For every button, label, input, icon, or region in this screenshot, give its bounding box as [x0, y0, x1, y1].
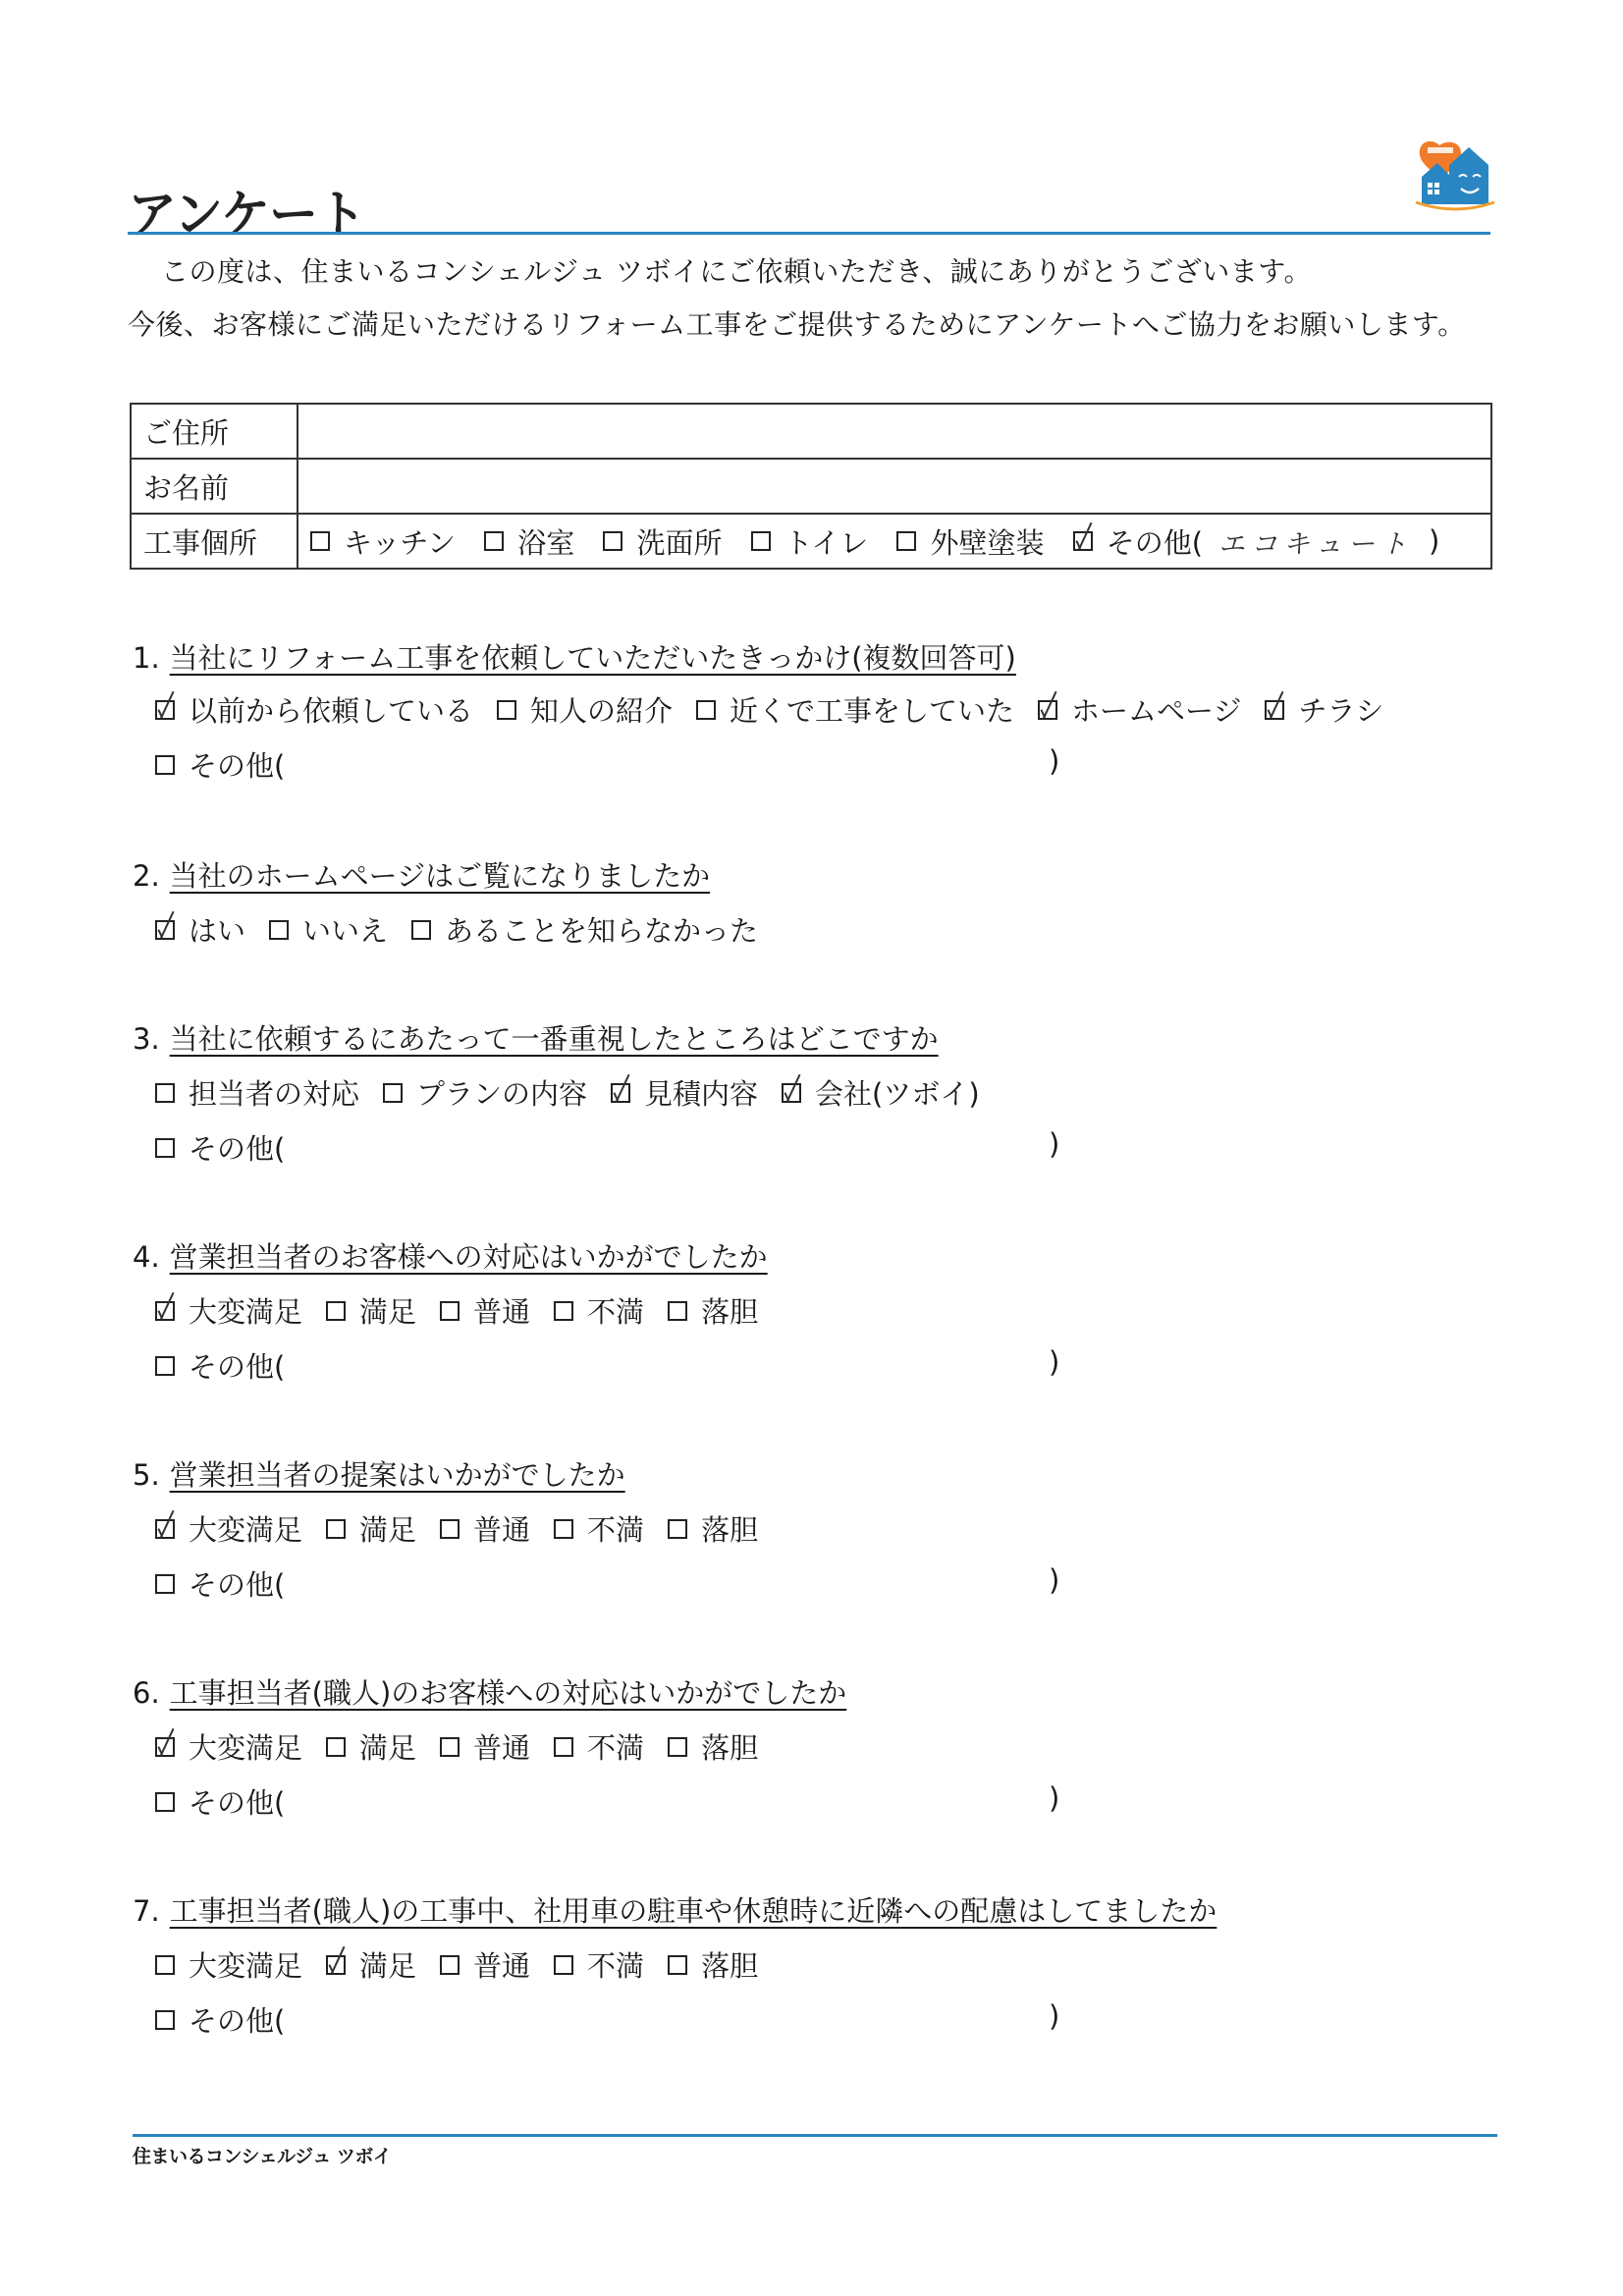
checkbox-checked[interactable] [1073, 531, 1093, 551]
checkbox[interactable] [484, 531, 504, 551]
q5-option-satisfied[interactable]: 満足 [326, 1508, 416, 1549]
option-label: 大変満足 [189, 1508, 302, 1549]
checkbox-checked[interactable] [155, 920, 175, 940]
checkbox[interactable] [440, 1737, 460, 1757]
checkbox[interactable] [326, 1519, 346, 1539]
work-option-toilet[interactable]: トイレ [751, 521, 869, 562]
question-7: 7.工事担当者(職人)の工事中、社用車の駐車や休憩時に近隣への配慮はしてましたか [133, 1889, 1217, 1930]
address-row: ご住所 [131, 404, 1491, 459]
q3-other-paren-close: ) [1049, 1127, 1059, 1161]
option-label: 以前から依頼している [189, 689, 473, 730]
question-number: 1. [133, 641, 160, 675]
option-label: あることを知らなかった [445, 909, 758, 950]
question-number: 2. [133, 859, 160, 893]
q7-option-satisfied[interactable]: 満足 [326, 1944, 416, 1985]
question-text: 当社にリフォーム工事を依頼していただいたきっかけ(複数回答可) [170, 641, 1016, 675]
q7-option-dissatisfied[interactable]: 不満 [554, 1944, 644, 1985]
question-4-options: 大変満足 満足 普通 不満 落胆 [155, 1290, 782, 1331]
question-1: 1.当社にリフォーム工事を依頼していただいたきっかけ(複数回答可) [133, 636, 1016, 677]
work-option-washroom[interactable]: 洗面所 [603, 521, 722, 562]
checkbox-checked[interactable] [326, 1955, 346, 1975]
q5-option-neutral[interactable]: 普通 [440, 1508, 530, 1549]
question-5-other: その他( [155, 1563, 308, 1604]
option-label: その他( [189, 1127, 285, 1168]
q7-option-neutral[interactable]: 普通 [440, 1944, 530, 1985]
option-label: 近くで工事をしていた [730, 689, 1014, 730]
q3-option-estimate[interactable]: 見積内容 [611, 1072, 758, 1113]
question-6-options: 大変満足 満足 普通 不満 落胆 [155, 1726, 782, 1767]
option-label: 担当者の対応 [189, 1072, 359, 1113]
question-text: 当社のホームページはご覧になりましたか [170, 859, 710, 893]
q2-option-yes[interactable]: はい [155, 909, 245, 950]
checkbox[interactable] [751, 531, 771, 551]
question-number: 7. [133, 1894, 160, 1928]
q2-option-no[interactable]: いいえ [269, 909, 388, 950]
checkbox[interactable] [155, 1792, 175, 1812]
q4-option-other[interactable]: その他( [155, 1345, 285, 1386]
question-3-options: 担当者の対応 プランの内容 見積内容 会社(ツボイ) [155, 1072, 1003, 1113]
option-label: トイレ [784, 521, 869, 562]
work-option-bath[interactable]: 浴室 [484, 521, 574, 562]
option-label: 落胆 [701, 1290, 758, 1331]
question-number: 4. [133, 1240, 160, 1274]
checkbox-checked[interactable] [155, 1519, 175, 1539]
q1-option-previous[interactable]: 以前から依頼している [155, 689, 473, 730]
checkbox[interactable] [155, 1138, 175, 1158]
checkbox-checked[interactable] [155, 1737, 175, 1757]
option-label: その他( [189, 1345, 285, 1386]
checkbox[interactable] [326, 1737, 346, 1757]
checkbox[interactable] [497, 700, 516, 720]
q1-option-homepage[interactable]: ホームページ [1038, 689, 1241, 730]
q4-option-dissatisfied[interactable]: 不満 [554, 1290, 644, 1331]
q6-option-other[interactable]: その他( [155, 1781, 285, 1822]
question-6: 6.工事担当者(職人)のお客様への対応はいかがでしたか [133, 1671, 846, 1712]
survey-page: アンケート この度は、住まいるコンシェルジュ ツボイにご依頼いただき、誠にありが… [0, 0, 1623, 2296]
option-label: ホームページ [1071, 689, 1241, 730]
checkbox[interactable] [440, 1519, 460, 1539]
question-text: 工事担当者(職人)のお客様への対応はいかがでしたか [170, 1676, 847, 1710]
question-number: 3. [133, 1022, 160, 1056]
address-field[interactable] [298, 404, 1491, 459]
q4-option-satisfied[interactable]: 満足 [326, 1290, 416, 1331]
checkbox[interactable] [155, 1574, 175, 1594]
option-label: その他( [189, 1781, 285, 1822]
question-3-other: その他( [155, 1127, 308, 1168]
checkbox[interactable] [440, 1955, 460, 1975]
q1-option-referral[interactable]: 知人の紹介 [497, 689, 673, 730]
question-6-other: その他( [155, 1781, 308, 1822]
q3-option-company[interactable]: 会社(ツボイ) [782, 1072, 980, 1113]
option-label: その他( [189, 1999, 285, 2040]
customer-info-table: ご住所 お名前 工事個所 キッチン 浴室 洗面所 トイレ 外壁塗装 その他(エコ… [130, 403, 1492, 570]
checkbox[interactable] [603, 531, 622, 551]
question-number: 5. [133, 1458, 160, 1492]
work-option-kitchen[interactable]: キッチン [310, 521, 456, 562]
q6-option-very-satisfied[interactable]: 大変満足 [155, 1726, 302, 1767]
q1-other-paren-close: ) [1049, 744, 1059, 778]
option-label: 普通 [473, 1726, 530, 1767]
q3-option-staff[interactable]: 担当者の対応 [155, 1072, 359, 1113]
work-location-options: キッチン 浴室 洗面所 トイレ 外壁塗装 その他(エコキュート) [298, 514, 1491, 569]
question-text: 当社に依頼するにあたって一番重視したところはどこですか [170, 1022, 939, 1056]
checkbox[interactable] [668, 1519, 687, 1539]
question-2: 2.当社のホームページはご覧になりましたか [133, 854, 710, 895]
checkbox[interactable] [269, 920, 289, 940]
q5-option-very-satisfied[interactable]: 大変満足 [155, 1508, 302, 1549]
option-label: 不満 [587, 1290, 644, 1331]
checkbox[interactable] [155, 1955, 175, 1975]
checkbox[interactable] [896, 531, 916, 551]
work-option-other[interactable]: その他(エコキュート) [1073, 521, 1440, 562]
option-label: 普通 [473, 1508, 530, 1549]
checkbox[interactable] [668, 1737, 687, 1757]
option-label: その他( [189, 744, 285, 785]
option-label: 落胆 [701, 1508, 758, 1549]
work-location-row: 工事個所 キッチン 浴室 洗面所 トイレ 外壁塗装 その他(エコキュート) [131, 514, 1491, 569]
checkbox[interactable] [554, 1301, 573, 1321]
name-label: お名前 [131, 459, 298, 514]
option-label: 大変満足 [189, 1944, 302, 1985]
intro-line-1: この度は、住まいるコンシェルジュ ツボイにご依頼いただき、誠にありがとうございま… [161, 250, 1312, 290]
q1-option-nearby-work[interactable]: 近くで工事をしていた [696, 689, 1014, 730]
q1-option-other[interactable]: その他( [155, 744, 285, 785]
checkbox[interactable] [554, 1737, 573, 1757]
title-divider [128, 232, 1490, 235]
option-label: 普通 [473, 1290, 530, 1331]
checkbox[interactable] [668, 1955, 687, 1975]
q1-option-flyer[interactable]: チラシ [1265, 689, 1383, 730]
checkbox-checked[interactable] [611, 1083, 630, 1103]
question-text: 営業担当者の提案はいかがでしたか [170, 1458, 625, 1492]
q4-other-paren-close: ) [1049, 1345, 1059, 1379]
checkbox-checked[interactable] [1265, 700, 1284, 720]
address-label: ご住所 [131, 404, 298, 459]
q7-option-other[interactable]: その他( [155, 1999, 285, 2040]
q5-option-disappointed[interactable]: 落胆 [668, 1508, 758, 1549]
checkbox-checked[interactable] [1038, 700, 1057, 720]
q3-option-plan[interactable]: プランの内容 [383, 1072, 587, 1113]
option-label: その他( [1107, 521, 1203, 562]
checkbox[interactable] [440, 1301, 460, 1321]
option-label: はい [189, 909, 245, 950]
q6-option-disappointed[interactable]: 落胆 [668, 1726, 758, 1767]
question-text: 営業担当者のお客様への対応はいかがでしたか [170, 1240, 768, 1274]
q7-other-paren-close: ) [1049, 1999, 1059, 2033]
checkbox[interactable] [310, 531, 330, 551]
q3-option-other[interactable]: その他( [155, 1127, 285, 1168]
checkbox[interactable] [554, 1955, 573, 1975]
option-label: 満足 [359, 1290, 416, 1331]
footer-company-name: 住まいるコンシェルジュ ツボイ [133, 2142, 391, 2168]
q6-option-satisfied[interactable]: 満足 [326, 1726, 416, 1767]
option-label: 外壁塗装 [930, 521, 1044, 562]
option-label: 大変満足 [189, 1290, 302, 1331]
name-row: お名前 [131, 459, 1491, 514]
checkbox[interactable] [554, 1519, 573, 1539]
q7-option-disappointed[interactable]: 落胆 [668, 1944, 758, 1985]
question-7-other: その他( [155, 1999, 308, 2040]
paren-close: ) [1429, 524, 1439, 558]
option-label: 見積内容 [644, 1072, 758, 1113]
question-1-options: 以前から依頼している 知人の紹介 近くで工事をしていた ホームページ チラシ [155, 689, 1407, 730]
checkbox[interactable] [155, 1356, 175, 1376]
name-field[interactable] [298, 459, 1491, 514]
question-4-other: その他( [155, 1345, 308, 1386]
option-label: プランの内容 [416, 1072, 587, 1113]
checkbox[interactable] [155, 755, 175, 775]
checkbox[interactable] [155, 2010, 175, 2030]
q6-option-dissatisfied[interactable]: 不満 [554, 1726, 644, 1767]
q6-option-neutral[interactable]: 普通 [440, 1726, 530, 1767]
question-number: 6. [133, 1676, 160, 1710]
q5-other-paren-close: ) [1049, 1563, 1059, 1597]
question-5: 5.営業担当者の提案はいかがでしたか [133, 1453, 625, 1494]
question-7-options: 大変満足 満足 普通 不満 落胆 [155, 1944, 782, 1985]
work-option-exterior-paint[interactable]: 外壁塗装 [896, 521, 1044, 562]
option-label: 浴室 [517, 521, 574, 562]
question-text: 工事担当者(職人)の工事中、社用車の駐車や休憩時に近隣への配慮はしてましたか [170, 1894, 1217, 1928]
option-label: 不満 [587, 1726, 644, 1767]
option-label: チラシ [1298, 689, 1383, 730]
q4-option-neutral[interactable]: 普通 [440, 1290, 530, 1331]
checkbox-checked[interactable] [155, 700, 175, 720]
checkbox[interactable] [326, 1301, 346, 1321]
option-label: 不満 [587, 1944, 644, 1985]
q5-option-other[interactable]: その他( [155, 1563, 285, 1604]
checkbox[interactable] [411, 920, 431, 940]
option-label: 落胆 [701, 1726, 758, 1767]
option-label: いいえ [302, 909, 388, 950]
checkbox[interactable] [696, 700, 716, 720]
option-label: 満足 [359, 1508, 416, 1549]
checkbox-checked[interactable] [782, 1083, 801, 1103]
option-label: 満足 [359, 1944, 416, 1985]
question-5-options: 大変満足 満足 普通 不満 落胆 [155, 1508, 782, 1549]
question-3: 3.当社に依頼するにあたって一番重視したところはどこですか [133, 1017, 939, 1058]
question-4: 4.営業担当者のお客様への対応はいかがでしたか [133, 1235, 768, 1276]
checkbox[interactable] [155, 1083, 175, 1103]
option-label: 洗面所 [636, 521, 722, 562]
option-label: 満足 [359, 1726, 416, 1767]
q7-option-very-satisfied[interactable]: 大変満足 [155, 1944, 302, 1985]
work-location-label: 工事個所 [131, 514, 298, 569]
q6-other-paren-close: ) [1049, 1781, 1059, 1815]
question-2-options: はい いいえ あることを知らなかった [155, 909, 782, 950]
footer-divider [133, 2134, 1497, 2137]
intro-line-2: 今後、お客様にご満足いただけるリフォーム工事をご提供するためにアンケートへご協力… [128, 303, 1466, 343]
work-other-handwritten-value[interactable]: エコキュート [1218, 522, 1413, 561]
option-label: 大変満足 [189, 1726, 302, 1767]
question-1-other: その他( [155, 744, 308, 785]
q4-option-disappointed[interactable]: 落胆 [668, 1290, 758, 1331]
house-heart-logo-icon [1412, 137, 1496, 212]
q4-option-very-satisfied[interactable]: 大変満足 [155, 1290, 302, 1331]
checkbox[interactable] [668, 1301, 687, 1321]
q5-option-dissatisfied[interactable]: 不満 [554, 1508, 644, 1549]
option-label: その他( [189, 1563, 285, 1604]
checkbox-checked[interactable] [155, 1301, 175, 1321]
option-label: 落胆 [701, 1944, 758, 1985]
option-label: 知人の紹介 [530, 689, 673, 730]
option-label: 会社(ツボイ) [815, 1072, 980, 1113]
page-title: アンケート [128, 173, 365, 247]
option-label: 不満 [587, 1508, 644, 1549]
q2-option-unaware[interactable]: あることを知らなかった [411, 909, 758, 950]
option-label: 普通 [473, 1944, 530, 1985]
checkbox[interactable] [383, 1083, 403, 1103]
option-label: キッチン [344, 521, 456, 562]
